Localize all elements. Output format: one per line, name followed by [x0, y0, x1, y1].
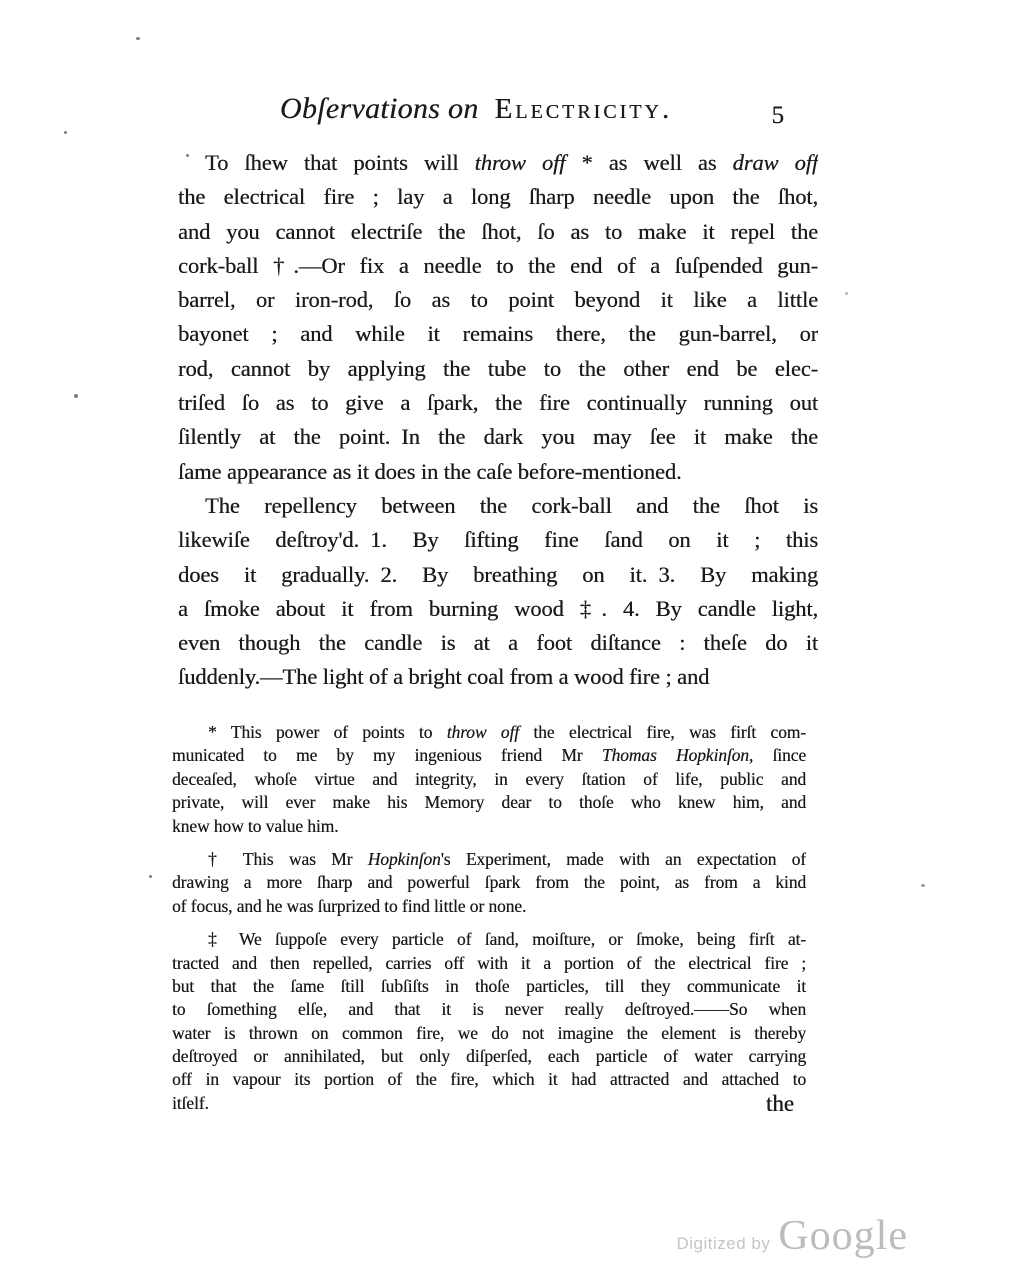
footnote-star: * This power of points to throw off the … — [172, 721, 806, 838]
text-line: to ſomething elſe, and that it is never … — [172, 998, 806, 1021]
text-line: ſilently at the point. In the dark you m… — [178, 420, 818, 454]
scan-speck — [74, 394, 78, 398]
text-segment: but that the ſame ſtill ſubſiſts in thoſ… — [172, 976, 806, 996]
book-page-scan: Obſervations on Electricity. 5 To ſhew t… — [0, 0, 1014, 1282]
text-line: municated to me by my ingenious friend M… — [172, 744, 806, 767]
text-segment: off in vapour its portion of the fire, w… — [172, 1069, 806, 1089]
text-segment: To ſhew that points will — [205, 150, 475, 175]
text-segment: knew how to value him. — [172, 816, 338, 836]
text-segment: The repellency between the cork-ball and… — [205, 493, 818, 518]
italic-text: Hopkinſon — [368, 849, 441, 869]
text-line: knew how to value him. — [172, 815, 806, 838]
text-line: deceaſed, whoſe virtue and integrity, in… — [172, 768, 806, 791]
text-line: tracted and then repelled, carries off w… — [172, 952, 806, 975]
text-segment: cork-ball †.—Or fix a needle to the end … — [178, 253, 818, 278]
text-line: private, will ever make his Memory dear … — [172, 791, 806, 814]
text-line: † This was Mr Hopkinſon's Experiment, ma… — [172, 848, 806, 871]
text-segment: the electrical fire ; lay a long ſharp n… — [178, 184, 818, 209]
text-segment: ſuddenly.—The light of a bright coal fro… — [178, 664, 709, 689]
text-line: To ſhew that points will throw off * as … — [178, 146, 818, 180]
text-line: triſed ſo as to give a ſpark, the fire c… — [178, 386, 818, 420]
text-line: of focus, and he was ſurprized to find l… — [172, 895, 806, 918]
text-line: barrel, or iron-rod, ſo as to point beyo… — [178, 283, 818, 317]
text-segment: rod, cannot by applying the tube to the … — [178, 356, 818, 381]
text-segment: of focus, and he was ſurprized to find l… — [172, 896, 526, 916]
text-segment: the electrical fire, was firſt com- — [519, 722, 806, 742]
text-segment: triſed ſo as to give a ſpark, the fire c… — [178, 390, 818, 415]
scan-speck — [149, 875, 152, 878]
italic-text: throw off — [447, 722, 519, 742]
text-segment: † This was Mr — [208, 849, 368, 869]
text-segment: bayonet ; and while it remains there, th… — [178, 321, 818, 346]
text-segment: ſilently at the point. In the dark you m… — [178, 424, 818, 449]
text-segment: * as well as — [565, 150, 732, 175]
text-line: off in vapour its portion of the fire, w… — [172, 1068, 806, 1091]
text-line: * This power of points to throw off the … — [172, 721, 806, 744]
italic-text: draw off — [733, 150, 818, 175]
text-segment: ſame appearance as it does in the caſe b… — [178, 459, 682, 484]
text-segment: 's Experiment, made with an expectation … — [441, 849, 806, 869]
text-line: ſuddenly.—The light of a bright coal fro… — [178, 660, 818, 694]
running-header: Obſervations on Electricity. 5 — [178, 92, 818, 126]
google-watermark: Digitized by Google — [0, 1212, 1014, 1260]
italic-text: throw off — [475, 150, 566, 175]
paragraph: To ſhew that points will throw off * as … — [178, 146, 818, 489]
text-segment: barrel, or iron-rod, ſo as to point beyo… — [178, 287, 818, 312]
text-line: a ſmoke about it from burning wood ‡. 4.… — [178, 592, 818, 626]
footnotes-section: * This power of points to throw off the … — [172, 721, 806, 1125]
text-line: rod, cannot by applying the tube to the … — [178, 352, 818, 386]
scan-speck — [64, 131, 67, 134]
text-line: ſame appearance as it does in the caſe b… — [178, 455, 818, 489]
text-segment: and you cannot electriſe the ſhot, ſo as… — [178, 219, 818, 244]
scan-speck — [921, 884, 925, 887]
text-line: but that the ſame ſtill ſubſiſts in thoſ… — [172, 975, 806, 998]
text-segment: a ſmoke about it from burning wood ‡. 4.… — [178, 596, 818, 621]
text-segment: deſtroyed or annihilated, but only diſpe… — [172, 1046, 806, 1066]
text-segment: deceaſed, whoſe virtue and integrity, in… — [172, 769, 806, 789]
footnote-double-dagger: ‡ We ſuppoſe every particle of ſand, moi… — [172, 928, 806, 1115]
catchword: the — [172, 1091, 806, 1117]
text-segment: , ſince — [749, 745, 806, 765]
text-line: cork-ball †.—Or fix a needle to the end … — [178, 249, 818, 283]
main-text: To ſhew that points will throw off * as … — [178, 146, 818, 695]
page-title-smallcaps: Electricity. — [495, 93, 673, 125]
page-number: 5 — [772, 102, 785, 130]
text-line: water is thrown on common fire, we do no… — [172, 1022, 806, 1045]
text-segment: private, will ever make his Memory dear … — [172, 792, 806, 812]
text-line: bayonet ; and while it remains there, th… — [178, 317, 818, 351]
text-line: and you cannot electriſe the ſhot, ſo as… — [178, 215, 818, 249]
text-segment: drawing a more ſharp and powerful ſpark … — [172, 872, 806, 892]
page-title: Obſervations on Electricity. — [178, 92, 818, 126]
text-line: does it gradually. 2. By breathing on it… — [178, 558, 818, 592]
google-logo: Google — [778, 1212, 908, 1260]
text-line: deſtroyed or annihilated, but only diſpe… — [172, 1045, 806, 1068]
text-segment: * This power of points to — [208, 722, 447, 742]
scan-speck — [845, 292, 848, 295]
text-line: even though the candle is at a foot diſt… — [178, 626, 818, 660]
text-line: ‡ We ſuppoſe every particle of ſand, moi… — [172, 928, 806, 951]
text-segment: to ſomething elſe, and that it is never … — [172, 999, 806, 1019]
italic-text: Thomas Hopkinſon — [602, 745, 749, 765]
watermark-prefix: Digitized by — [676, 1234, 770, 1254]
text-segment: water is thrown on common fire, we do no… — [172, 1023, 806, 1043]
paragraph: The repellency between the cork-ball and… — [178, 489, 818, 695]
page-title-italic: Obſervations on — [280, 92, 479, 125]
text-line: The repellency between the cork-ball and… — [178, 489, 818, 523]
text-line: drawing a more ſharp and powerful ſpark … — [172, 871, 806, 894]
text-segment: likewiſe deſtroy'd. 1. By ſifting fine ſ… — [178, 527, 818, 552]
text-line: the electrical fire ; lay a long ſharp n… — [178, 180, 818, 214]
text-segment: does it gradually. 2. By breathing on it… — [178, 562, 818, 587]
text-line: likewiſe deſtroy'd. 1. By ſifting fine ſ… — [178, 523, 818, 557]
scan-speck — [136, 37, 140, 40]
text-segment: tracted and then repelled, carries off w… — [172, 953, 806, 973]
footnote-dagger: † This was Mr Hopkinſon's Experiment, ma… — [172, 848, 806, 918]
text-segment: even though the candle is at a foot diſt… — [178, 630, 818, 655]
text-segment: municated to me by my ingenious friend M… — [172, 745, 602, 765]
scan-speck — [186, 154, 189, 157]
text-segment: ‡ We ſuppoſe every particle of ſand, moi… — [208, 929, 806, 949]
